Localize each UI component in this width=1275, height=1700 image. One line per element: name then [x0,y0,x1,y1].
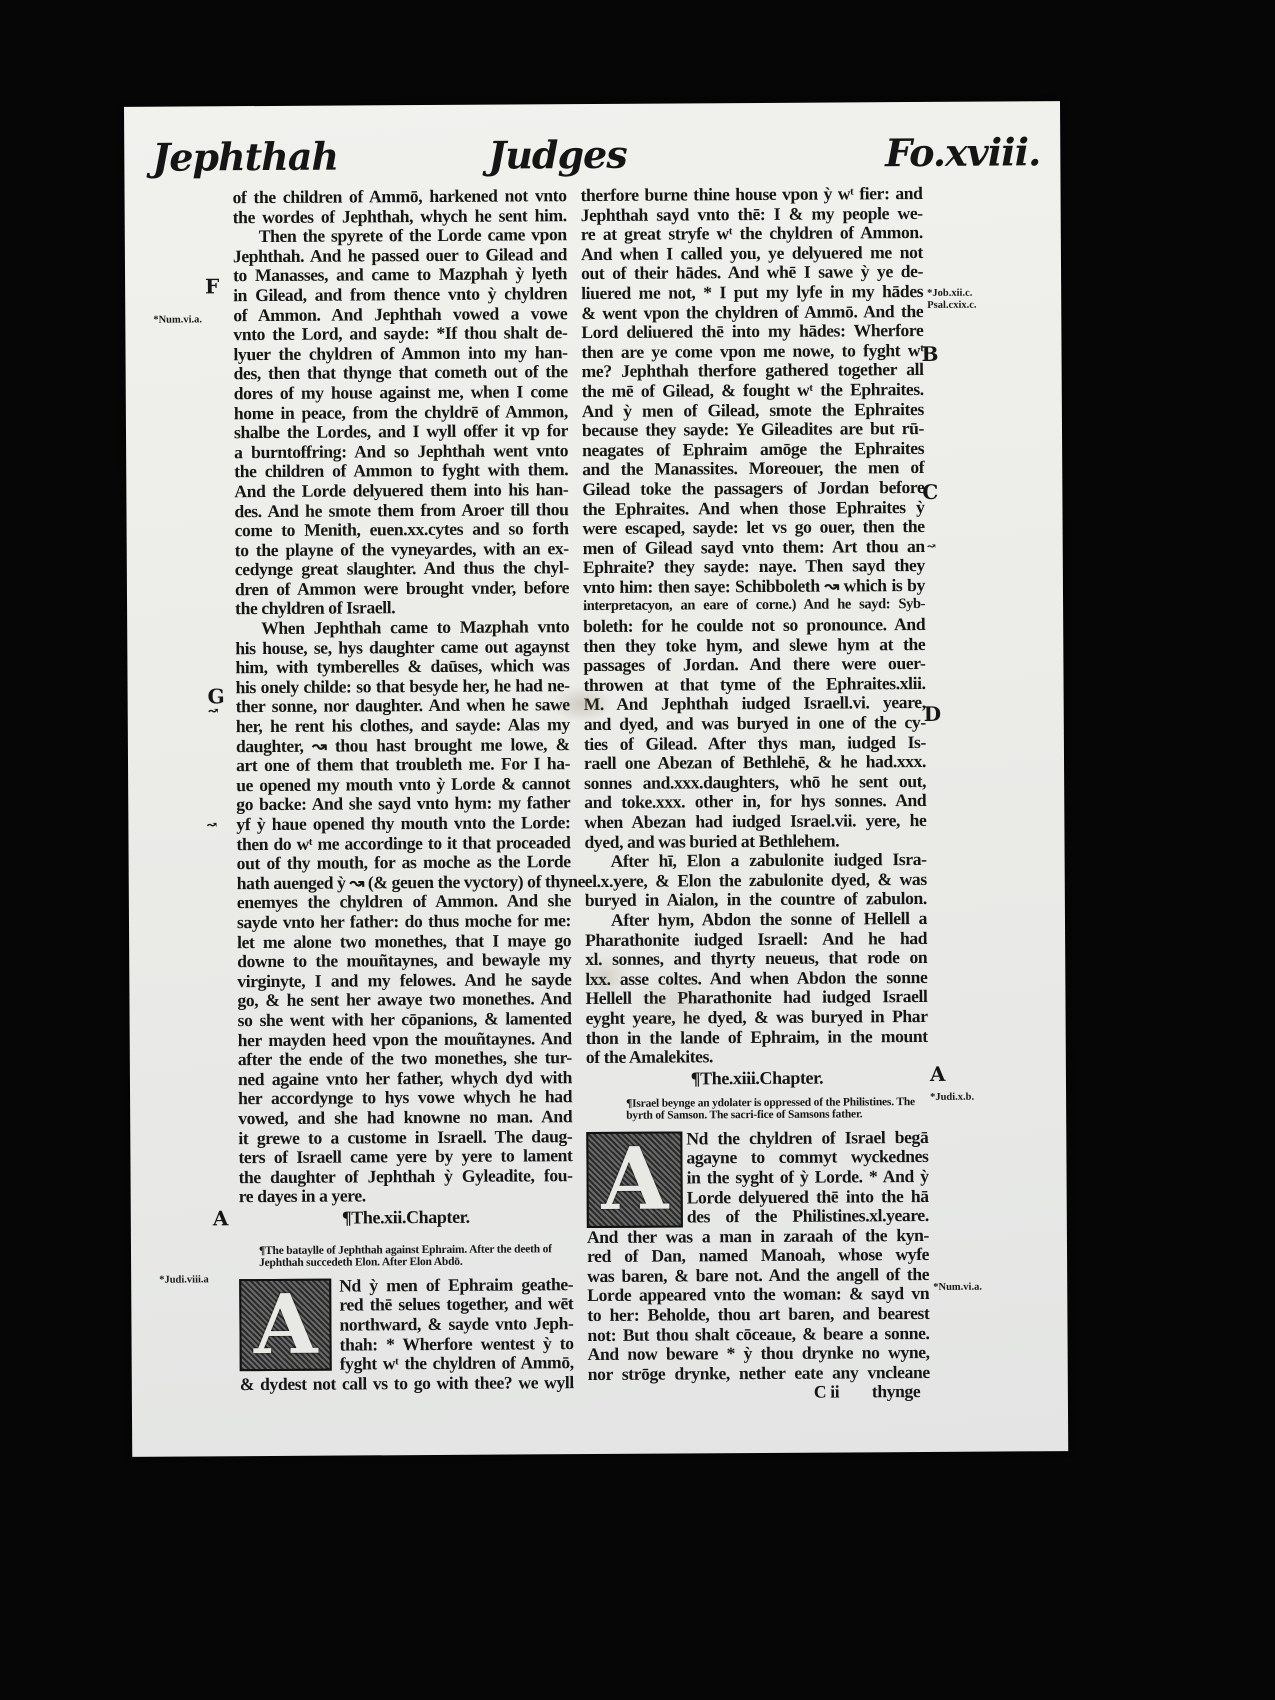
bible-leaf: Jephthah Judges Fo.xviii. F *Num.vi.a. G… [124,101,1068,1457]
margin-note-num-right: *Num.vi.a. [933,1282,982,1293]
running-head-left: Jephthah [152,134,338,180]
left-column: of the children of Ammō, harkened not vn… [233,186,574,1394]
text-line: dren of Ammon were brought vnder, before [235,578,569,600]
margin-letter-d: D [924,702,941,726]
catchword: thynge [872,1382,921,1402]
text-line: vowed, and she had knowne no man. And [238,1107,572,1129]
margin-letter-a-right: A [930,1062,946,1086]
chapter-summary-xiii: ¶Israel beynge an ydolater is oppressed … [626,1096,928,1122]
text-line: vnto him: then saye: Schibboleth ↝ which… [583,576,925,598]
text-line: the daughter of Jephthah ỳ Gyleadite, fo… [238,1166,572,1188]
text-line: fyght wᵗ the chyldren of Ammō, [340,1353,574,1374]
margin-letter-c: C [922,480,938,504]
folio-number: Fo.xviii. [885,129,1040,175]
right-column: therfore burne thine house vpon ỳ wᵗ fie… [581,184,930,1405]
margin-pointer-1: ↝ [208,704,219,719]
historiated-initial-a: A [239,1278,332,1371]
text-line: des of the Philistines.xl.yeare. [687,1206,929,1227]
margin-letter-b: B [921,342,938,366]
text-line: of the Amalekites. [586,1046,928,1068]
running-head-book: Judges [488,132,627,178]
margin-note-judi: *Judi.viii.a [159,1274,209,1285]
margin-note-judi-right: *Judi.x.b. [930,1092,974,1103]
text-line: And the Lorde delyuered them into his ha… [234,480,568,502]
text-line: in the syght of ỳ Lorde. * And ỳ [687,1167,929,1188]
text-line: re dayes in a yere. [239,1185,573,1207]
margin-pointer-2: ↝ [206,818,217,833]
margin-note-job: *Job.xii.c. [927,288,972,299]
signature-mark: C ii [814,1383,839,1403]
text-line: when Abezan had iudged Israel.vii. yere,… [584,811,926,833]
text-line: northward, & sayde vnto Jeph- [339,1314,573,1335]
margin-note-num: *Num.vi.a. [153,314,202,325]
chapter-summary-xii: ¶The bataylle of Jephthah against Ephrai… [259,1243,573,1269]
running-head: Jephthah Judges Fo.xviii. [148,129,1040,184]
chapter-heading-xii: ¶The.xii.Chapter. [239,1205,573,1231]
margin-pointer-3: ↝ [927,540,936,553]
margin-letter-a: A [213,1206,229,1230]
chapter-xii-opening: A Nd ỳ men of Ephraim geathe- red thē se… [239,1275,574,1395]
text-line: thon in the lande of Ephraim, in the mou… [586,1026,928,1048]
text-line: & dydest not call vs to go with thee? we… [240,1373,574,1395]
chapter-xiii-opening: A Nd the chyldren of Israel begā agayne … [586,1128,930,1385]
margin-letter-f: F [205,274,219,298]
chapter-heading-xiii: ¶The.xiii.Chapter. [586,1066,928,1092]
floriated-initial-a: A [586,1131,683,1228]
margin-note-psal: Psal.cxix.c. [927,300,976,311]
